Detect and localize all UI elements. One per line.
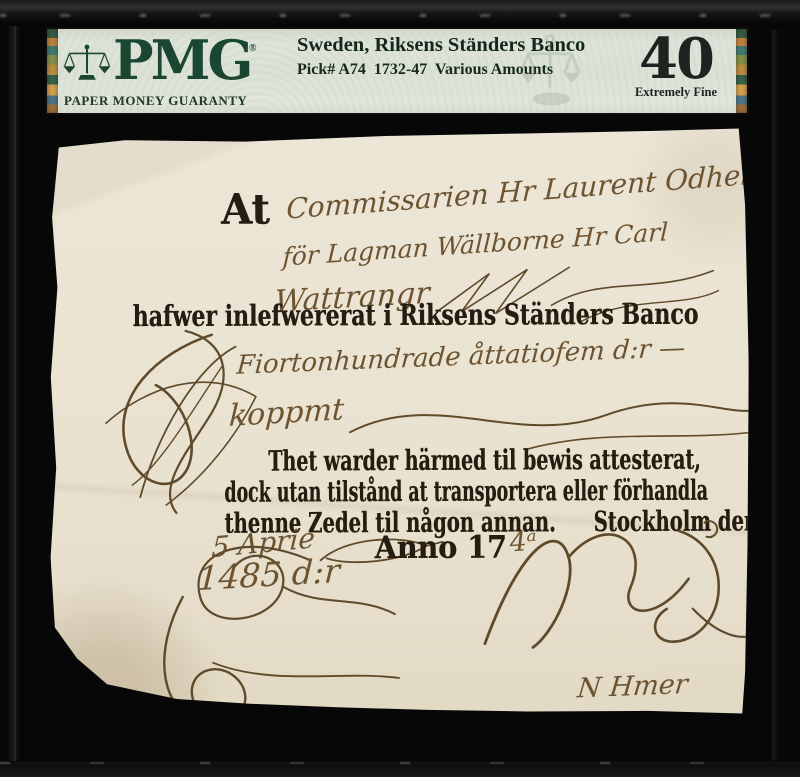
handwritten-clerk-name: N Hmer <box>576 669 689 704</box>
handwritten-currency: koppmt <box>228 392 345 434</box>
holder-bottom-edge <box>0 761 800 777</box>
security-strip-colors <box>736 29 747 113</box>
pmg-tagline: PAPER MONEY GUARANTY <box>64 93 247 109</box>
handwritten-amount-figures: 1485 d:r <box>197 551 341 598</box>
document-paper: At Commissarien Hr Laurent Odhelius för … <box>45 124 754 725</box>
holder-top-edge <box>0 0 800 26</box>
holder-right-edge-highlight <box>772 30 778 760</box>
label-watermark-scales-icon <box>485 32 615 112</box>
pmg-logo-block: PMG ® PAPER MONEY GUARANTY <box>61 35 291 111</box>
pmg-label: PMG ® PAPER MONEY GUARANTY Sweden, Rikse… <box>47 29 747 113</box>
security-strip-colors <box>47 29 58 113</box>
printed-attest-line1: Thet warder härmed til bewis attesterat, <box>268 443 701 478</box>
registered-mark: ® <box>249 43 256 54</box>
pmg-scales-icon <box>63 39 111 91</box>
signature-flourish <box>466 512 777 678</box>
printed-attest-line2: dock utan tilstånd at transportera eller… <box>224 474 708 509</box>
handwritten-amount-words: Fiortonhundrade åttatiofem d:r — <box>236 333 686 381</box>
grade-number: 40 <box>621 29 731 89</box>
printed-at-word: At <box>221 185 270 234</box>
handwritten-payee-line1: Commissarien Hr Laurent Odhelius <box>286 155 791 226</box>
security-strip-right <box>736 29 747 113</box>
grade-block: 40 Extremely Fine <box>621 29 731 100</box>
grade-description: Extremely Fine <box>621 85 731 100</box>
pmg-wordmark: PMG <box>113 28 251 92</box>
pmg-graded-holder: PMG ® PAPER MONEY GUARANTY Sweden, Rikse… <box>0 0 800 777</box>
security-strip-left <box>47 29 58 113</box>
